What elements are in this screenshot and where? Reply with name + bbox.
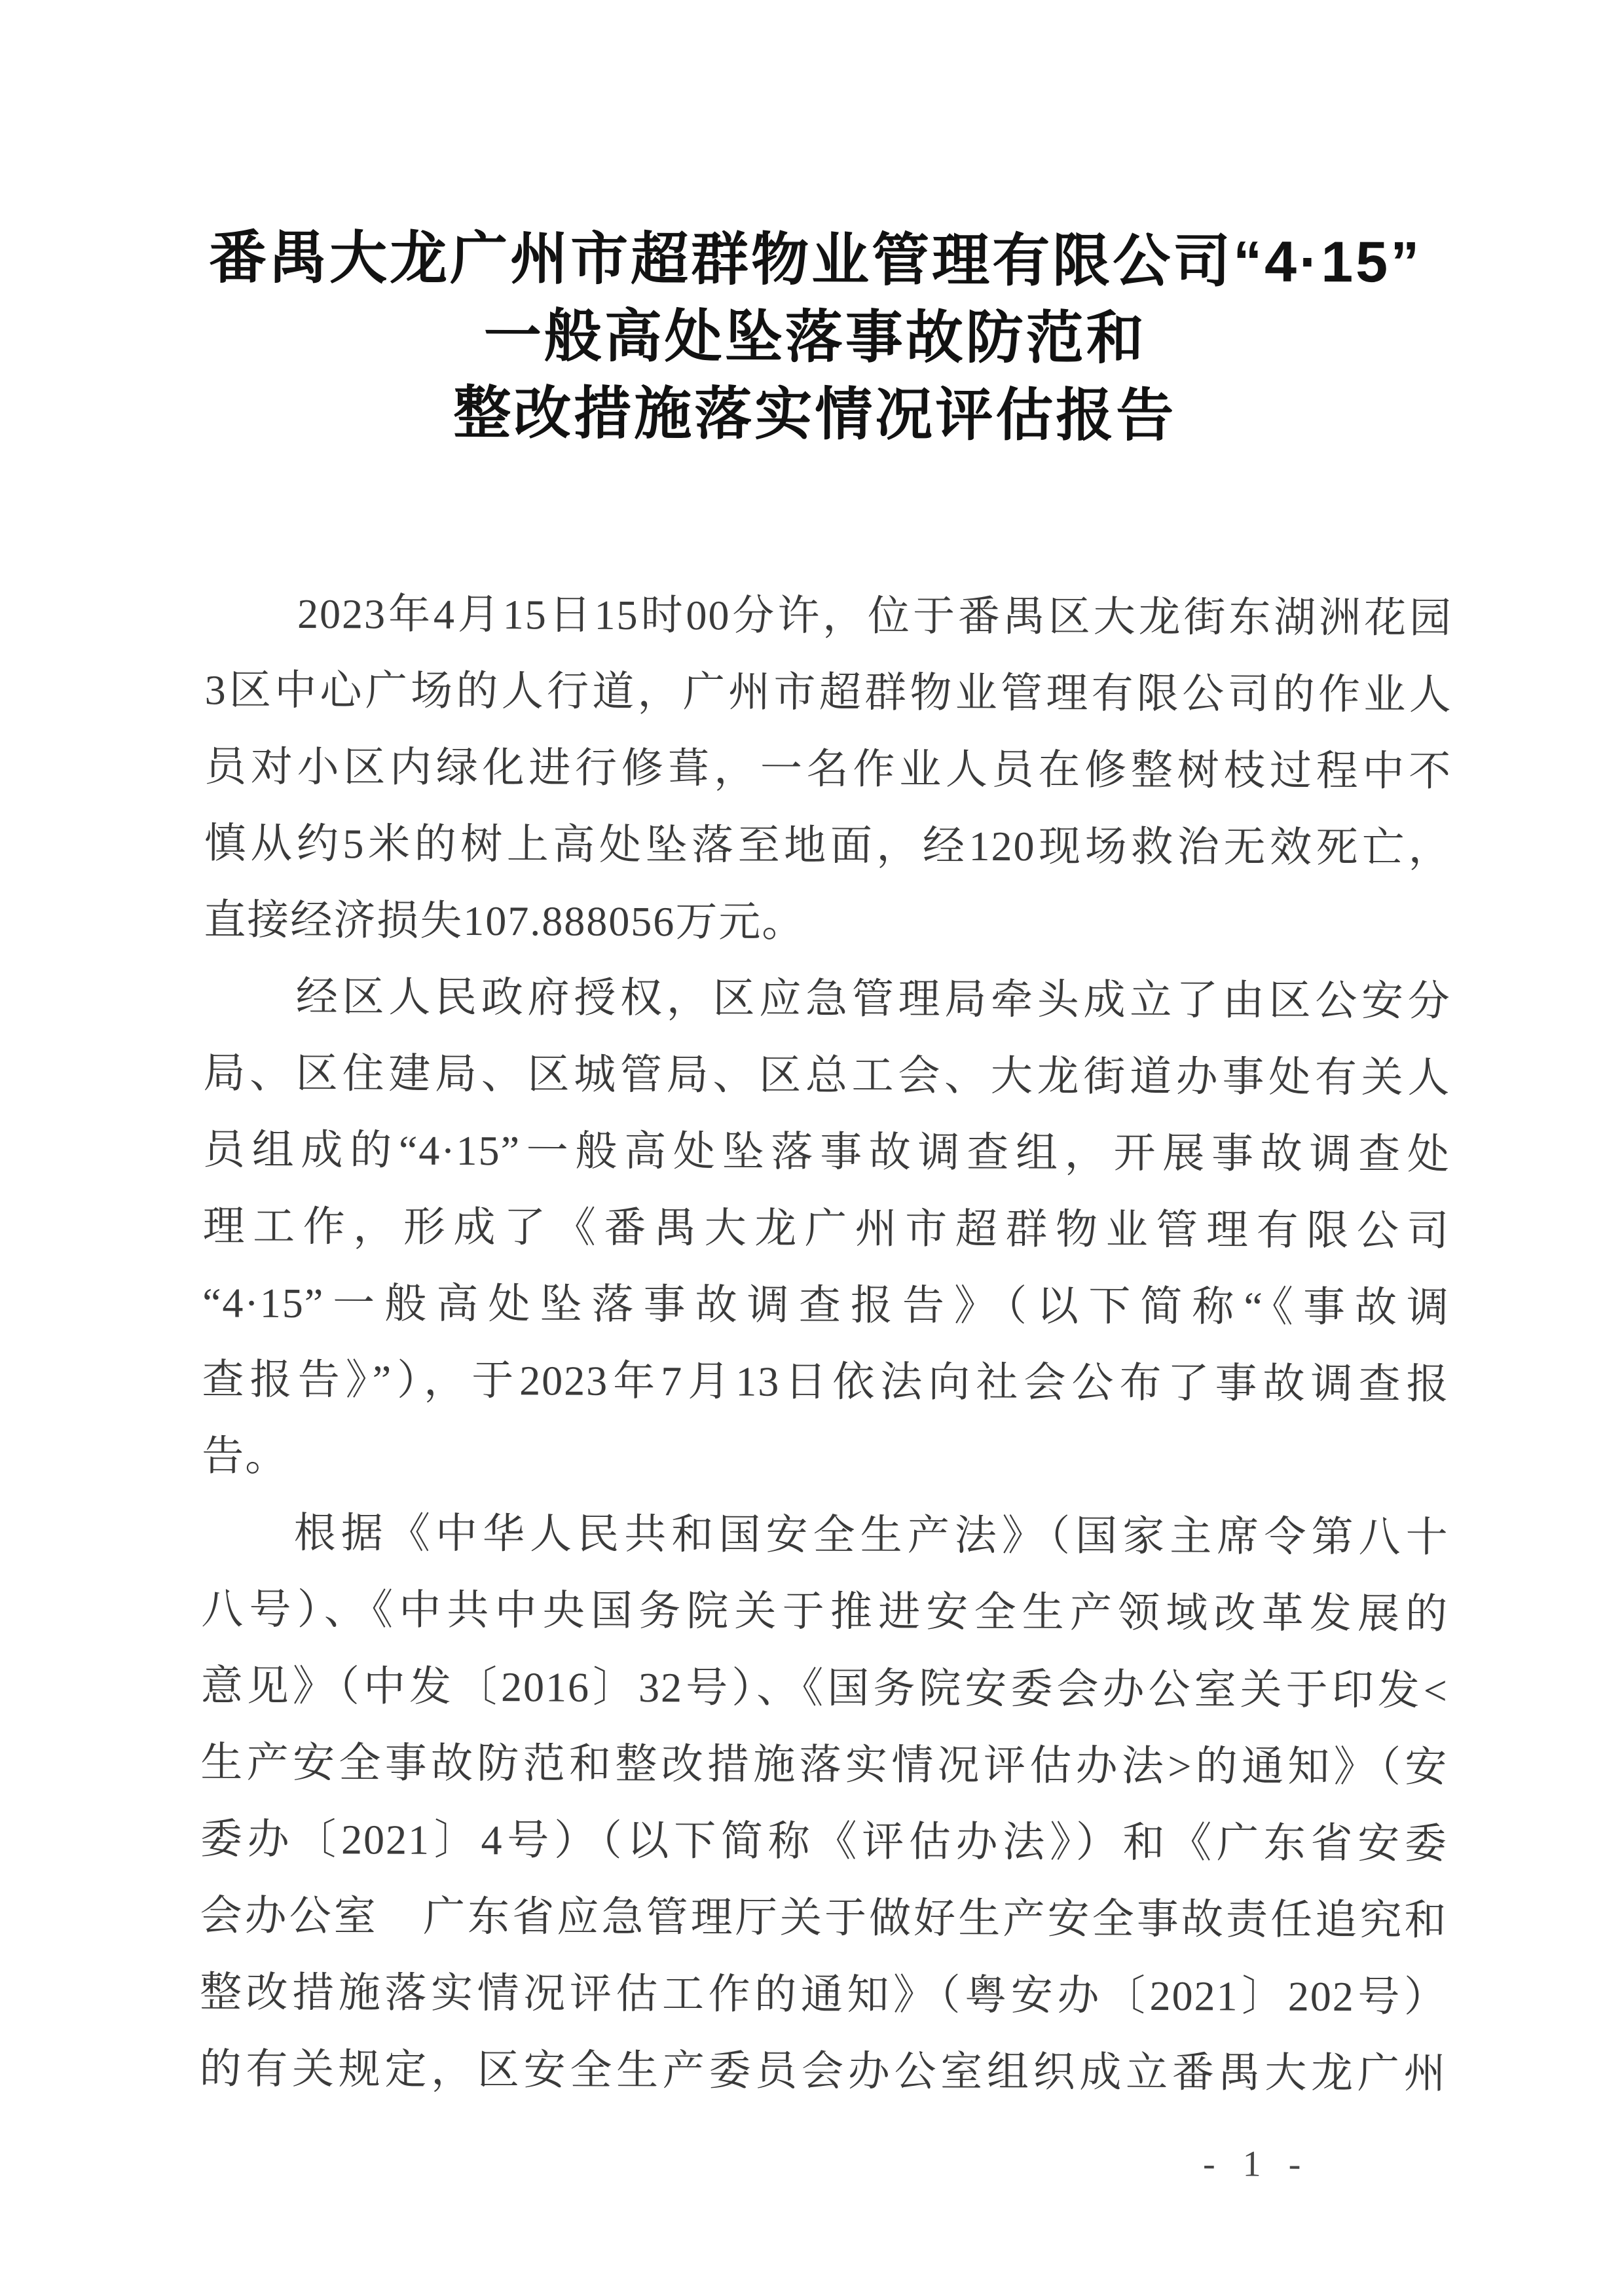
body-line: 根据《中华人民共和国安全生产法》（国家主席令第八十 (201, 1494, 1449, 1575)
body-line: 局、区住建局、区城管局、区总工会、大龙街道办事处有关人 (203, 1034, 1450, 1116)
body-line: 2023年4月15日15时00分许，位于番禺区大龙街东湖洲花园 (205, 575, 1452, 656)
body-line: “4·15”一般高处坠落事故调查报告》（以下简称“《事故调 (202, 1264, 1450, 1345)
body-line: 整改措施落实情况评估工作的通知》（粤安办〔2021〕202号） (200, 1954, 1447, 2035)
page-number: - 1 - (1203, 2143, 1310, 2185)
body-line: 八号）、《中共中央国务院关于推进安全生产领域改革发展的 (201, 1571, 1449, 1652)
body-line: 慎从约5米的树上高处坠落至地面，经120现场救治无效死亡， (204, 805, 1452, 886)
report-body: 2023年4月15日15时00分许，位于番禺区大龙街东湖洲花园 3区中心广场的人… (199, 575, 1452, 2111)
body-line: 告。 (202, 1417, 1449, 1499)
body-line: 经区人民政府授权，区应急管理局牵头成立了由区公安分 (204, 958, 1451, 1039)
body-line: 员组成的“4·15”一般高处坠落事故调查组，开展事故调查处 (203, 1111, 1450, 1192)
body-line: 会办公室 广东省应急管理厅关于做好生产安全事故责任追究和 (200, 1877, 1447, 1958)
body-line: 理工作，形成了《番禺大龙广州市超群物业管理有限公司 (202, 1188, 1450, 1269)
body-line: 查报告》”），于2023年7月13日依法向社会公布了事故调查报 (202, 1341, 1449, 1422)
body-line: 委办〔2021〕4号）（以下简称《评估办法》）和《广东省安委 (200, 1800, 1448, 1882)
body-line: 员对小区内绿化进行修葺，一名作业人员在修整树枝过程中不 (204, 728, 1452, 809)
body-line: 3区中心广场的人行道，广州市超群物业管理有限公司的作业人 (204, 651, 1452, 733)
body-line: 意见》（中发〔2016〕32号）、《国务院安委会办公室关于印发< (201, 1647, 1449, 1728)
body-line: 的有关规定，区安全生产委员会办公室组织成立番禺大龙广州 (199, 2030, 1447, 2111)
body-line: 生产安全事故防范和整改措施落实情况评估办法>的通知》（安 (200, 1724, 1448, 1805)
scanned-sheet: 番禺大龙广州市超群物业管理有限公司“4·15” 一般高处坠落事故防范和 整改措施… (0, 0, 1624, 2296)
body-line: 直接经济损失107.888056万元。 (204, 881, 1451, 962)
report-title-line-2: 一般高处坠落事故防范和 (3, 295, 1624, 379)
document-page: 番禺大龙广州市超群物业管理有限公司“4·15” 一般高处坠落事故防范和 整改措施… (0, 0, 1624, 2296)
report-title-line-1: 番禺大龙广州市超群物业管理有限公司“4·15” (3, 218, 1624, 302)
report-title-line-3: 整改措施落实情况评估报告 (3, 373, 1624, 456)
report-title: 番禺大龙广州市超群物业管理有限公司“4·15” 一般高处坠落事故防范和 整改措施… (3, 218, 1624, 456)
